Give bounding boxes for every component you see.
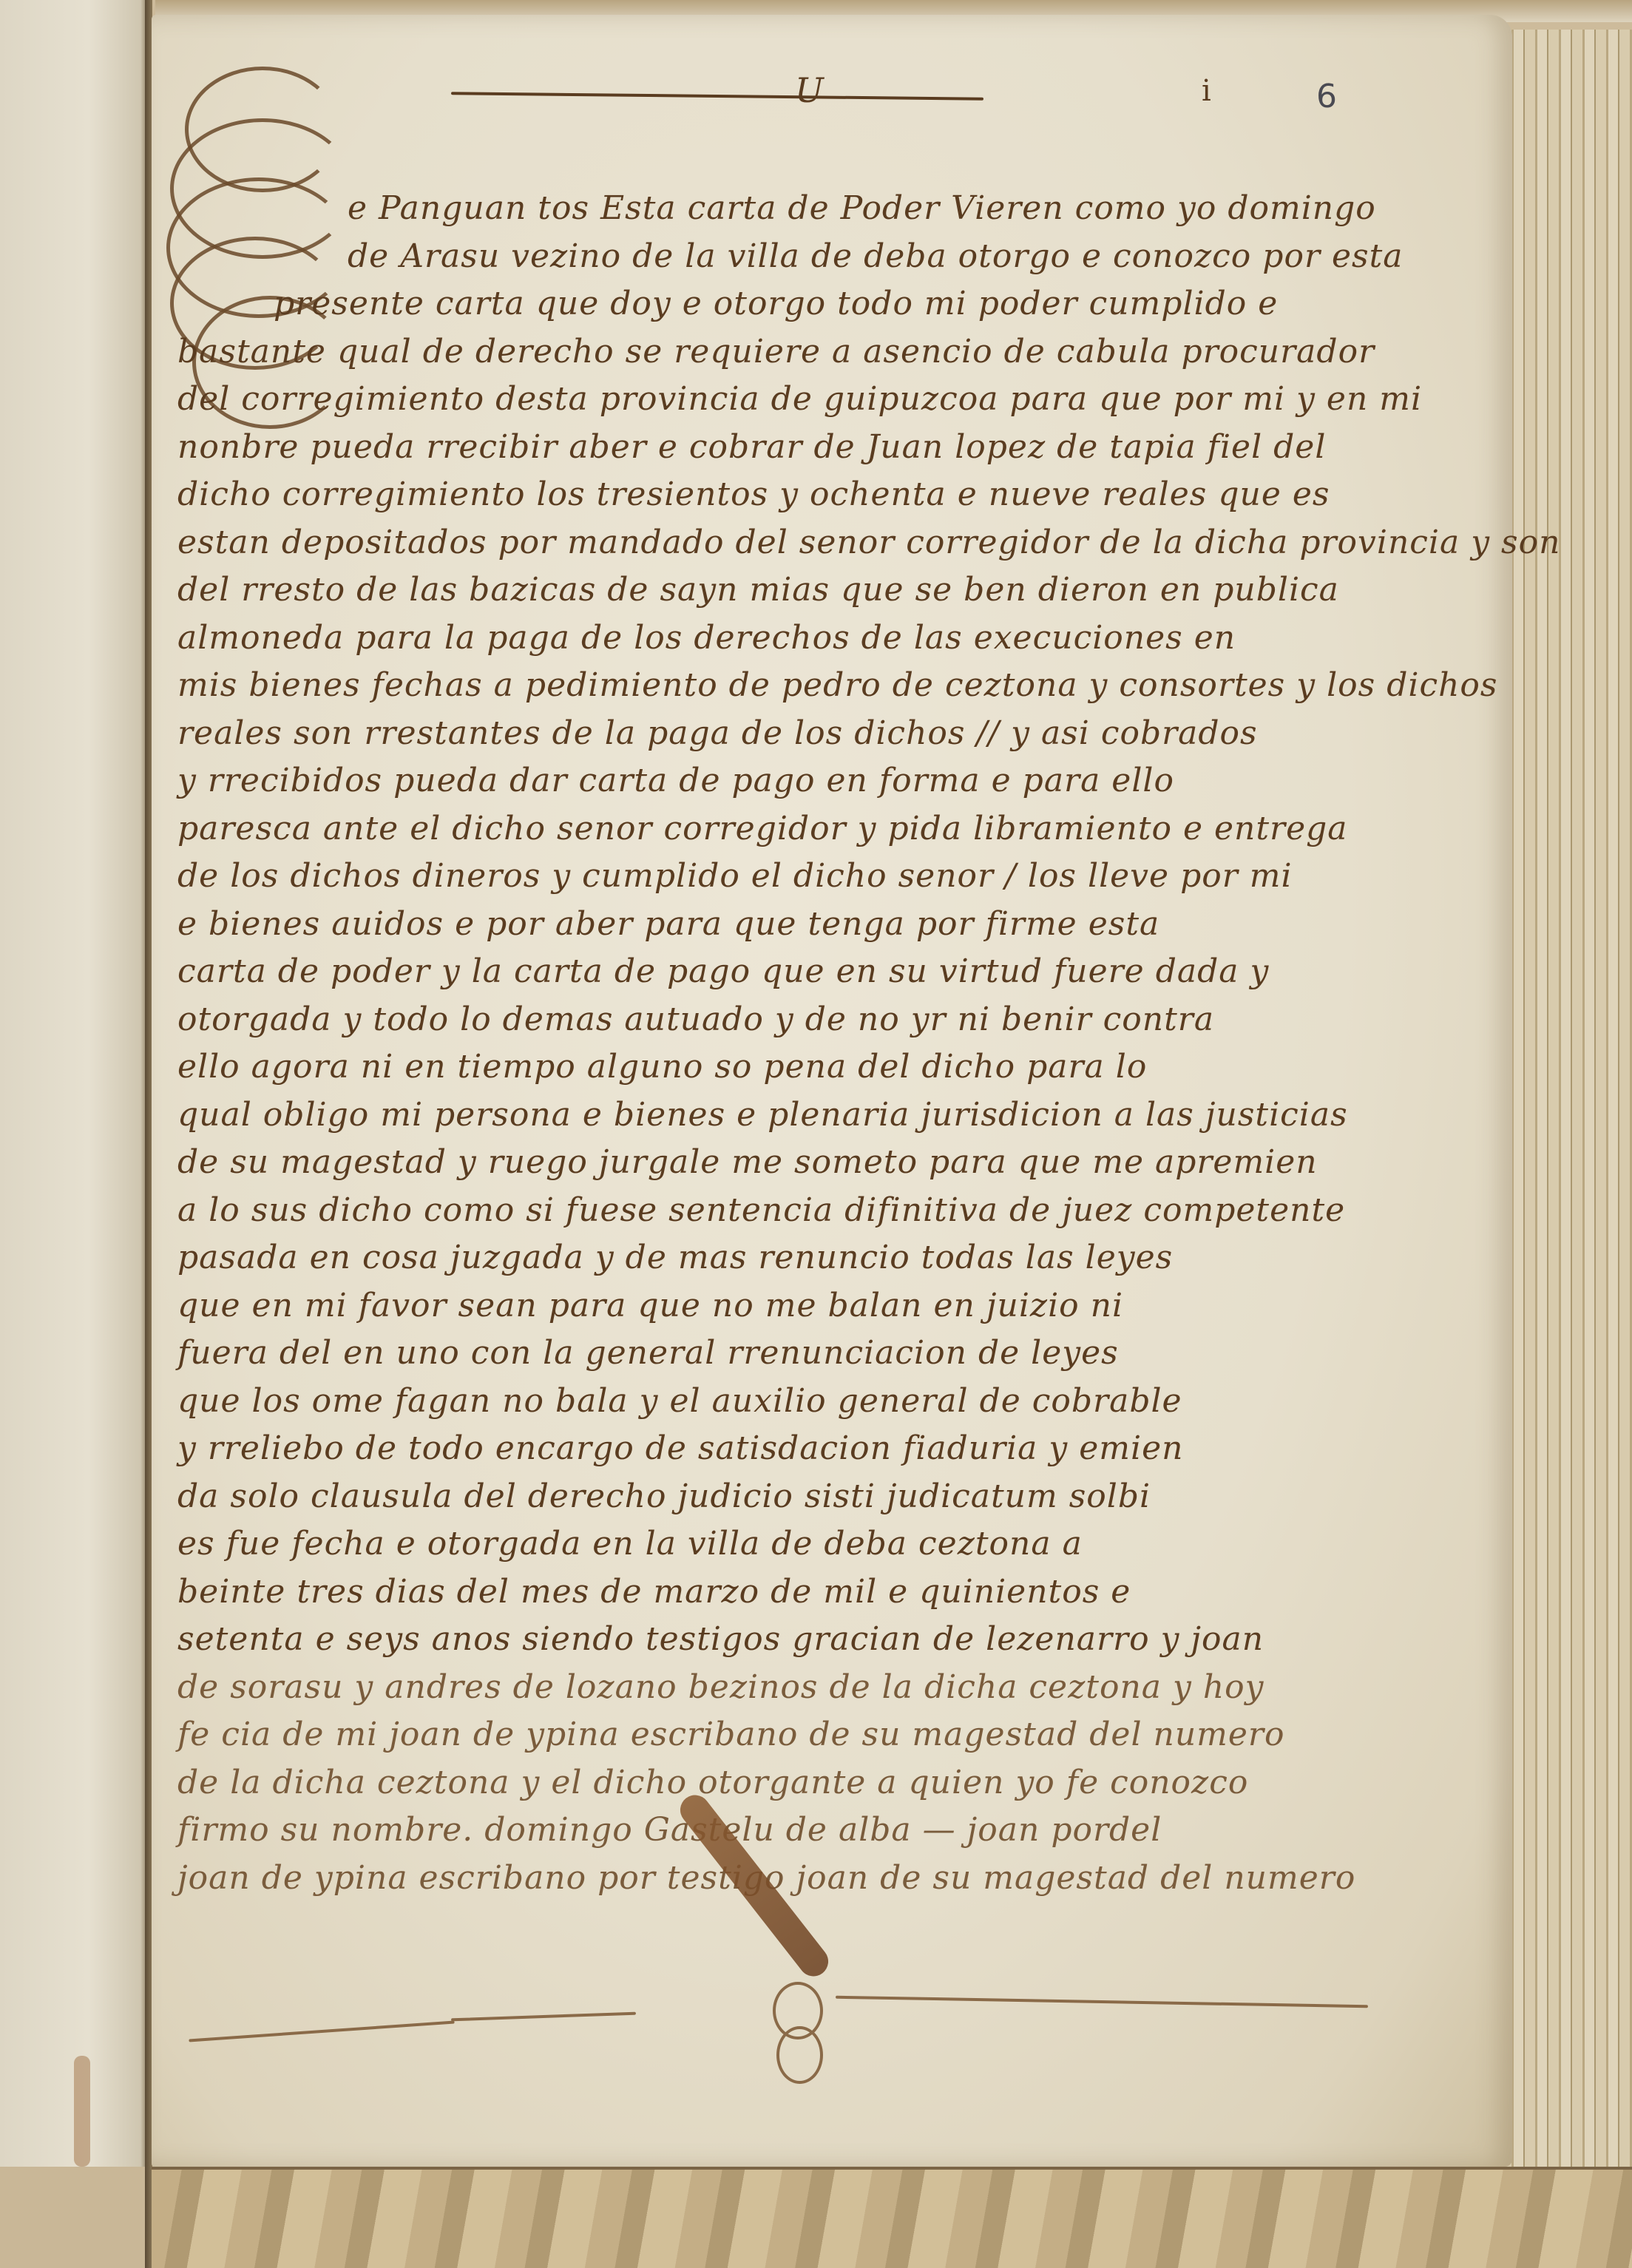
text-line: pasada en cosa juzgada y de mas renuncio… — [177, 1234, 1479, 1282]
manuscript-body: e Panguan tos Esta carta de Poder Vieren… — [177, 185, 1479, 1902]
text-line: e Panguan tos Esta carta de Poder Vieren… — [177, 185, 1479, 233]
text-line: mis bienes fechas a pedimiento de pedro … — [177, 662, 1479, 710]
text-line: otorgada y todo lo demas autuado y de no… — [177, 996, 1479, 1044]
text-line: presente carta que doy e otorgo todo mi … — [177, 280, 1479, 328]
text-line: es fue fecha e otorgada en la villa de d… — [177, 1520, 1479, 1568]
text-line: carta de poder y la carta de pago que en… — [177, 948, 1479, 996]
text-line: beinte tres dias del mes de marzo de mil… — [177, 1568, 1479, 1617]
text-line: dicho corregimiento los tresientos y och… — [177, 471, 1479, 519]
text-line: joan de ypina escribano por testigo joan… — [177, 1855, 1479, 1903]
left-facing-page — [0, 0, 150, 2167]
text-line: da solo clausula del derecho judicio sis… — [177, 1473, 1479, 1521]
text-line: de la dicha ceztona y el dicho otorgante… — [177, 1759, 1479, 1807]
folio-mark: U — [795, 70, 824, 110]
text-line: y rreliebo de todo encargo de satisdacio… — [177, 1425, 1479, 1473]
text-line: qual obligo mi persona e bienes e plenar… — [177, 1091, 1479, 1140]
bottom-torn-edge — [152, 2167, 1632, 2268]
text-line: ello agora ni en tiempo alguno so pena d… — [177, 1043, 1479, 1091]
text-line: firmo su nombre. domingo Gastelu de alba… — [177, 1807, 1479, 1855]
text-line: reales son rrestantes de la paga de los … — [177, 710, 1479, 758]
text-line: de los dichos dineros y cumplido el dich… — [177, 853, 1479, 901]
text-line: paresca ante el dicho senor corregidor y… — [177, 805, 1479, 853]
stacked-page-edges — [1501, 30, 1632, 2211]
text-line: y rrecibidos pueda dar carta de pago en … — [177, 757, 1479, 805]
text-line: fe cia de mi joan de ypina escribano de … — [177, 1711, 1479, 1759]
folio-number: 6 — [1316, 78, 1337, 115]
text-line: de sorasu y andres de lozano bezinos de … — [177, 1664, 1479, 1712]
text-line: de Arasu vezino de la villa de deba otor… — [177, 233, 1479, 281]
text-line: del rresto de las bazicas de sayn mias q… — [177, 566, 1479, 615]
text-line: que los ome fagan no bala y el auxilio g… — [177, 1378, 1479, 1426]
folio-tick-mark: i — [1202, 74, 1211, 108]
text-line: e bienes auidos e por aber para que teng… — [177, 901, 1479, 949]
notarial-sign-loop — [776, 2026, 823, 2084]
text-line: del corregimiento desta provincia de gui… — [177, 376, 1479, 424]
text-line: que en mi favor sean para que no me bala… — [177, 1282, 1479, 1330]
text-line: almoneda para la paga de los derechos de… — [177, 615, 1479, 663]
text-line: nonbre pueda rrecibir aber e cobrar de J… — [177, 424, 1479, 472]
text-line: bastante qual de derecho se requiere a a… — [177, 328, 1479, 376]
text-line: a lo sus dicho como si fuese sentencia d… — [177, 1187, 1479, 1235]
text-line: estan depositados por mandado del senor … — [177, 519, 1479, 567]
ink-stain — [74, 2056, 90, 2167]
text-line: fuera del en uno con la general rrenunci… — [177, 1330, 1479, 1378]
text-line: de su magestad y ruego jurgale me someto… — [177, 1139, 1479, 1187]
text-line: setenta e seys anos siendo testigos grac… — [177, 1616, 1479, 1664]
